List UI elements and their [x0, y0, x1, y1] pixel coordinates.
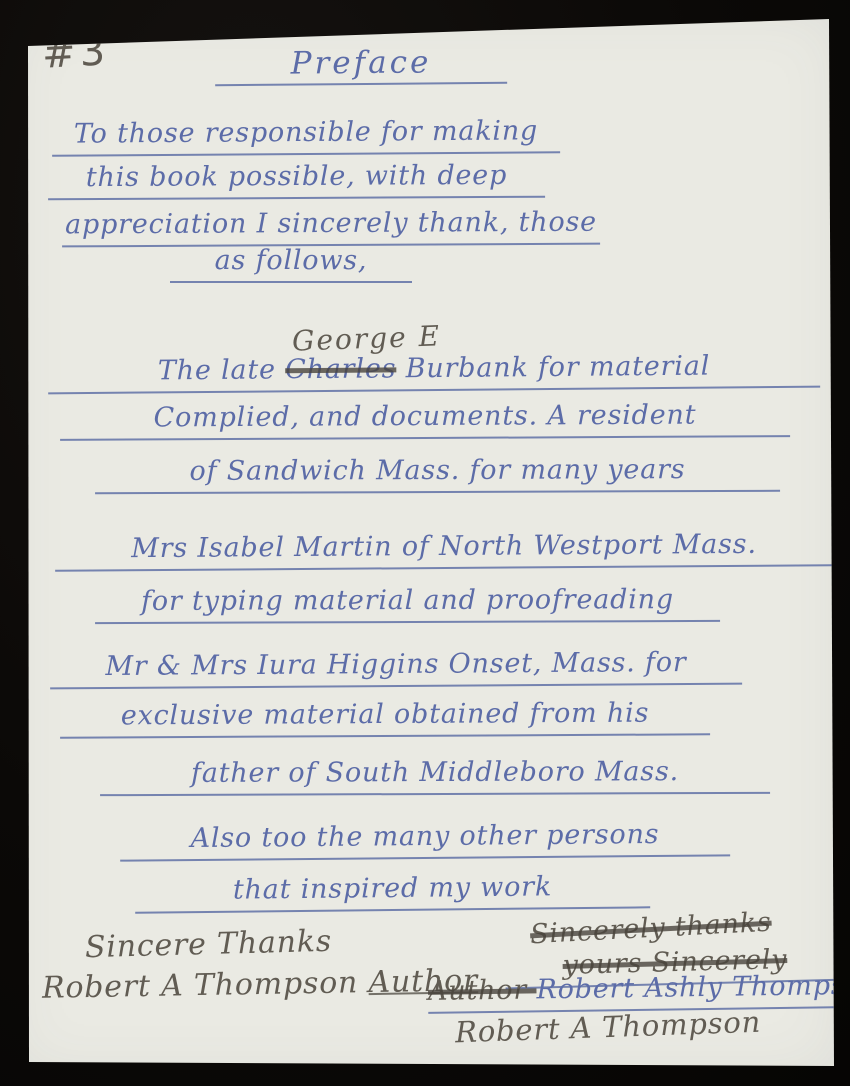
higgins-line-3: father of South Middleboro Mass.	[100, 753, 770, 796]
higgins-line-1: Mr & Mrs Iura Higgins Onset, Mass. for	[50, 644, 742, 690]
pencil-author-signature-line: Robert A Thompson Author	[42, 962, 479, 1008]
page-title: Preface	[215, 43, 507, 87]
burbank-line-2: Complied, and documents. A resident	[60, 396, 790, 441]
burbank-struck-name: Charles	[285, 353, 396, 385]
opening-line-3: appreciation I sincerely thank, those	[62, 204, 600, 248]
page-number-annotation: #3	[41, 32, 110, 73]
higgins-line-2: exclusive material obtained from his	[60, 694, 710, 738]
martin-line-2: for typing material and proofreading	[95, 581, 720, 624]
burbank-line-1: The late Charles Burbank for material	[48, 347, 820, 395]
struck-author-label: Author	[428, 974, 537, 1007]
martin-line-1: Mrs Isabel Martin of North Westport Mass…	[55, 525, 833, 571]
ink-signature-name: Robert Ashly Thompson	[536, 970, 850, 1006]
opening-line-4: as follows,	[170, 242, 412, 283]
closing-line-2: that inspired my work	[135, 867, 650, 913]
burbank-line-3: of Sandwich Mass. for many years	[95, 451, 780, 494]
pencil-signature-name: Robert A Thompson	[42, 965, 369, 1006]
pencil-sincere-thanks: Sincere Thanks	[85, 923, 333, 967]
closing-line-1: Also too the many other persons	[120, 815, 730, 861]
scanner-background: #3 Preface To those responsible for maki…	[0, 0, 850, 1086]
burbank-line-1-before: The late	[158, 354, 286, 386]
opening-line-1: To those responsible for making	[52, 112, 560, 157]
manuscript-page: #3 Preface To those responsible for maki…	[0, 0, 850, 1086]
burbank-line-1-after: Burbank for material	[396, 351, 710, 385]
opening-line-2: this book possible, with deep	[48, 157, 545, 201]
